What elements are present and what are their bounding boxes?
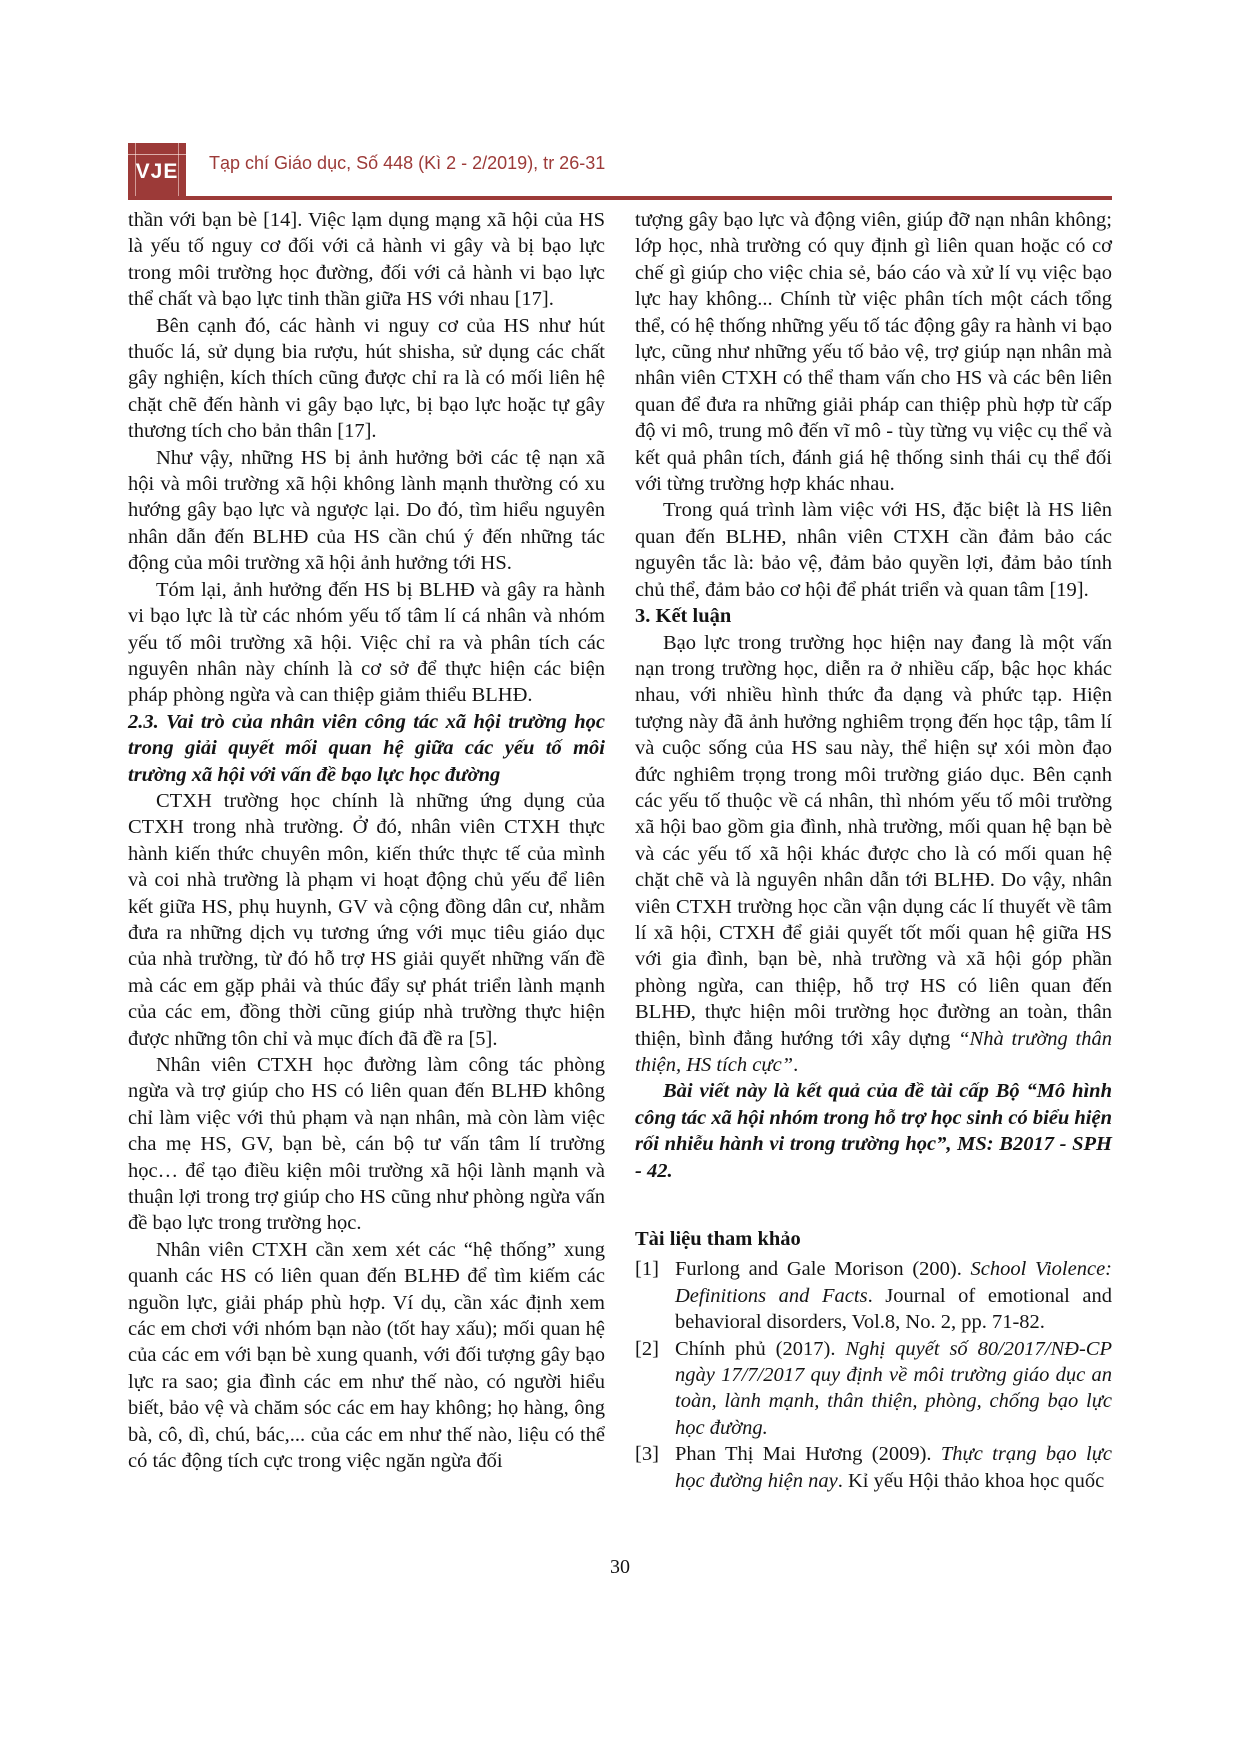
left-column: thần với bạn bè [14]. Việc lạm dụng mạng… <box>128 207 605 1494</box>
paragraph: Trong quá trình làm việc với HS, đặc biệ… <box>635 497 1112 603</box>
reference-authors: Furlong and Gale Morison (200). <box>675 1258 971 1280</box>
reference-number: [1] <box>635 1256 675 1335</box>
header-rule <box>128 196 1112 200</box>
page-number: 30 <box>0 1556 1240 1579</box>
reference-authors: Chính phủ (2017). <box>675 1338 845 1360</box>
reference-text: Furlong and Gale Morison (200). School V… <box>675 1256 1112 1335</box>
reference-number: [3] <box>635 1441 675 1494</box>
reference-text: Chính phủ (2017). Nghị quyết số 80/2017/… <box>675 1336 1112 1442</box>
paragraph: Như vậy, những HS bị ảnh hưởng bởi các t… <box>128 445 605 577</box>
paragraph: Nhân viên CTXH cần xem xét các “hệ thống… <box>128 1237 605 1475</box>
vje-logo-icon: VJE <box>128 143 186 197</box>
article-body: thần với bạn bè [14]. Việc lạm dụng mạng… <box>128 207 1112 1494</box>
paragraph: CTXH trường học chính là những ứng dụng … <box>128 788 605 1052</box>
section-3-heading: 3. Kết luận <box>635 603 1112 629</box>
logo-text: VJE <box>128 160 186 184</box>
reference-item: [1] Furlong and Gale Morison (200). Scho… <box>635 1256 1112 1335</box>
paragraph: Nhân viên CTXH học đường làm công tác ph… <box>128 1052 605 1237</box>
conclusion-paragraph: Bạo lực trong trường học hiện nay đang l… <box>635 630 1112 1079</box>
reference-number: [2] <box>635 1336 675 1442</box>
reference-source: . Kỉ yếu Hội thảo khoa học quốc <box>838 1470 1104 1492</box>
paragraph-continuation: tượng gây bạo lực và động viên, giúp đỡ … <box>635 207 1112 497</box>
reference-authors: Phan Thị Mai Hương (2009). <box>675 1443 941 1465</box>
journal-citation: Tạp chí Giáo dục, Số 448 (Kì 2 - 2/2019)… <box>209 153 605 174</box>
paragraph: Tóm lại, ảnh hưởng đến HS bị BLHĐ và gây… <box>128 577 605 709</box>
right-column: tượng gây bạo lực và động viên, giúp đỡ … <box>635 207 1112 1494</box>
reference-item: [2] Chính phủ (2017). Nghị quyết số 80/2… <box>635 1336 1112 1442</box>
reference-item: [3] Phan Thị Mai Hương (2009). Thực trạn… <box>635 1441 1112 1494</box>
conclusion-text-end: . <box>793 1054 798 1076</box>
paragraph: Bên cạnh đó, các hành vi nguy cơ của HS … <box>128 313 605 445</box>
references-heading: Tài liệu tham khảo <box>635 1226 1112 1252</box>
section-2-3-heading: 2.3. Vai trò của nhân viên công tác xã h… <box>128 709 605 788</box>
reference-text: Phan Thị Mai Hương (2009). Thực trạng bạ… <box>675 1441 1112 1494</box>
funding-note: Bài viết này là kết quả của đề tài cấp B… <box>635 1078 1112 1184</box>
journal-page: VJE Tạp chí Giáo dục, Số 448 (Kì 2 - 2/2… <box>0 0 1240 1753</box>
conclusion-text: Bạo lực trong trường học hiện nay đang l… <box>635 632 1112 1050</box>
paragraph-continuation: thần với bạn bè [14]. Việc lạm dụng mạng… <box>128 207 605 313</box>
